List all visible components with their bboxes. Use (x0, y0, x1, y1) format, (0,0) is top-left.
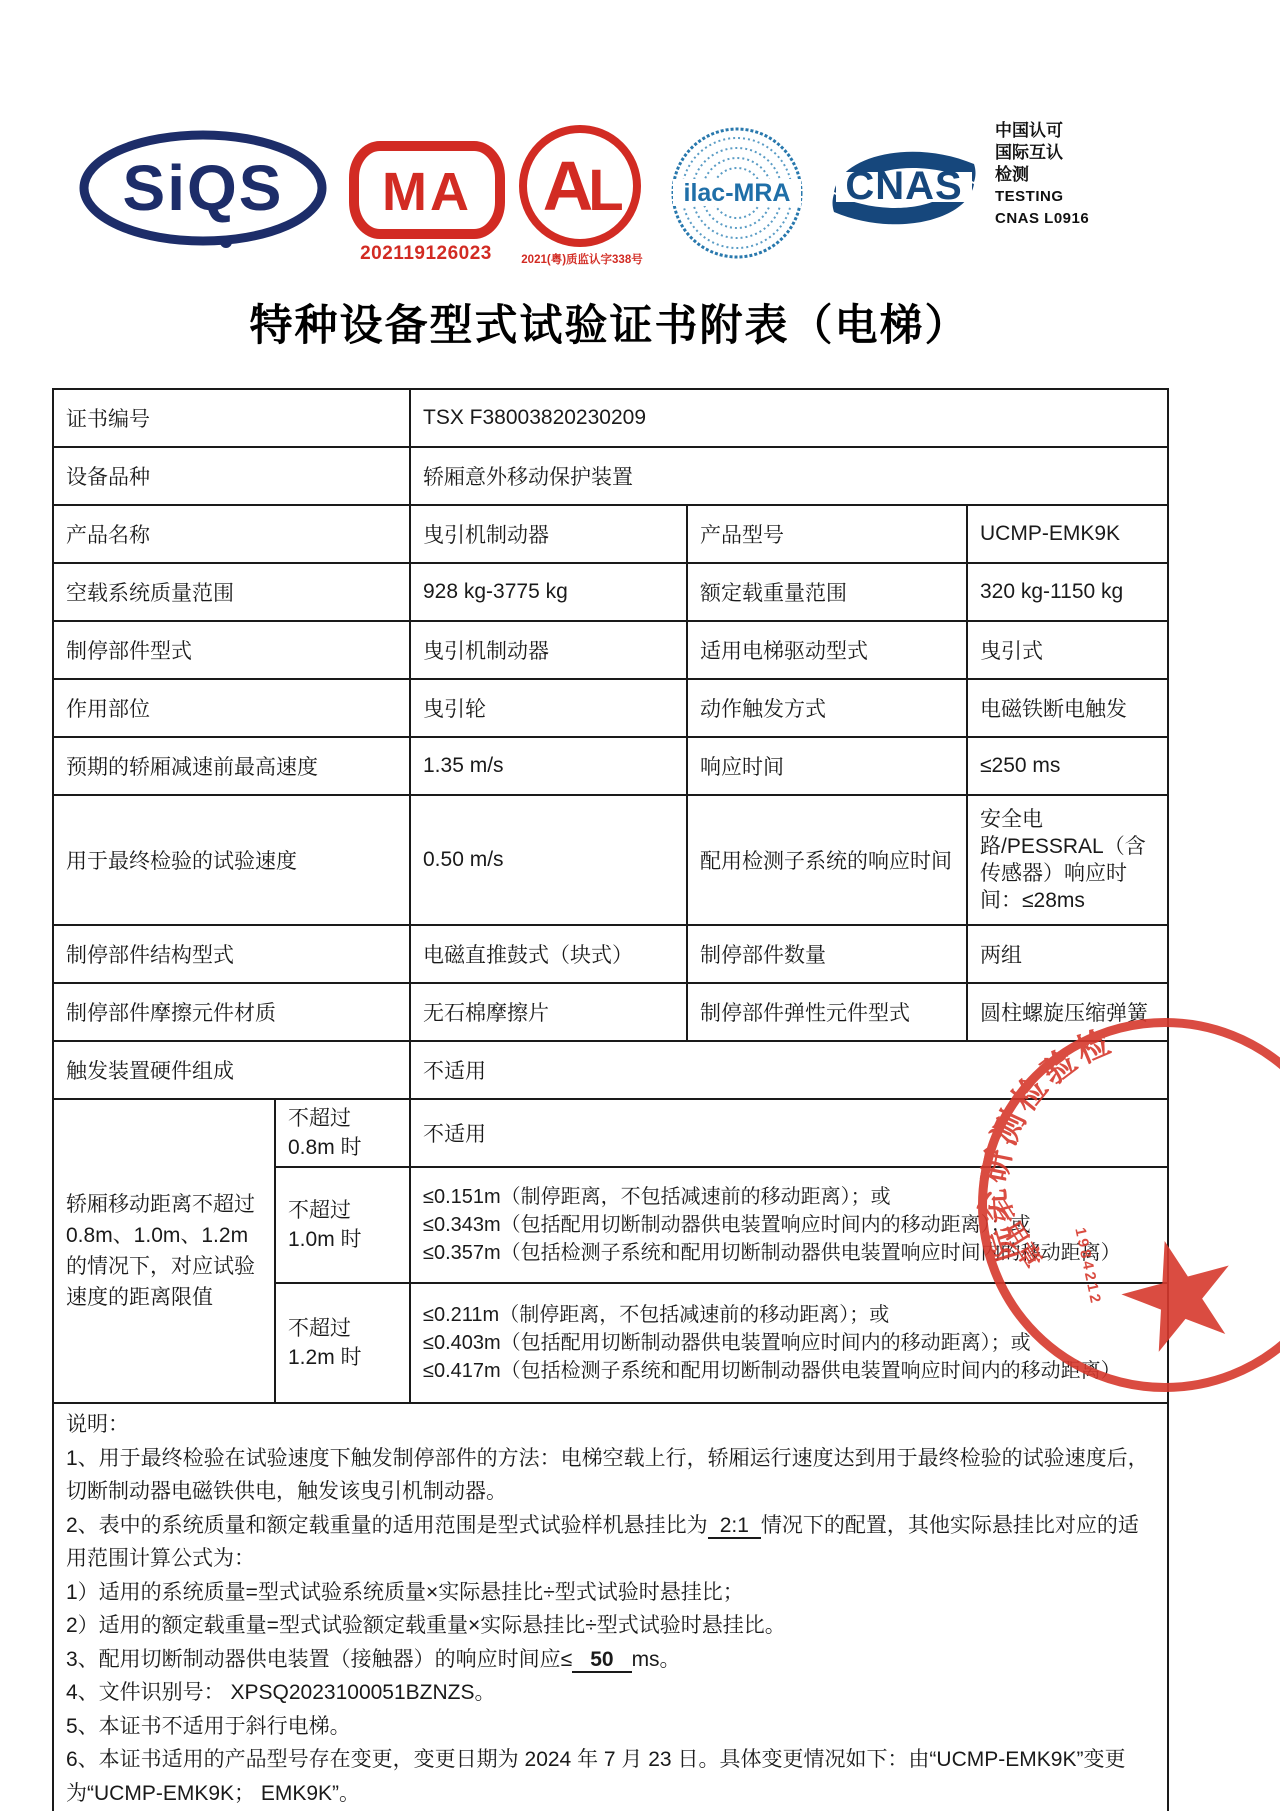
notes-heading: 说明： (66, 1408, 1155, 1442)
note-6: 6、本证书适用的产品型号存在变更，变更日期为 2024 年 7 月 23 日。具… (66, 1743, 1155, 1810)
trigger-mode-label: 动作触发方式 (687, 679, 967, 737)
note-4: 4、文件识别号： XPSQ2023100051BZNZS。 (66, 1676, 1155, 1710)
condition-line: 不超过 (288, 1314, 397, 1343)
elastic-element-value: 圆柱螺旋压缩弹簧 (967, 983, 1168, 1041)
accreditation-line: 中国认可 (995, 120, 1135, 142)
limit-line: ≤0.343m（包括配用切断制动器供电装置响应时间内的移动距离）；或 (423, 1211, 1155, 1239)
row-max-speed: 预期的轿厢减速前最高速度 1.35 m/s 响应时间 ≤250 ms (53, 737, 1168, 795)
row-test-speed: 用于最终检验的试验速度 0.50 m/s 配用检测子系统的响应时间 安全电路/P… (53, 795, 1168, 925)
limit-line: ≤0.357m（包括检测子系统和配用切断制动器供电装置响应时间内的移动距离） (423, 1239, 1155, 1267)
limit-line: ≤0.417m（包括检测子系统和配用切断制动器供电装置响应时间内的移动距离） (423, 1357, 1155, 1385)
certificate-page: SiQS MA 202119126023 A L 2021(粤)质监认字338号… (0, 0, 1280, 1811)
trigger-hardware-value: 不适用 (410, 1041, 1168, 1099)
row-acting-position: 作用部位 曳引轮 动作触发方式 电磁铁断电触发 (53, 679, 1168, 737)
elastic-element-label: 制停部件弹性元件型式 (687, 983, 967, 1041)
row-product: 产品名称 曳引机制动器 产品型号 UCMP-EMK9K (53, 505, 1168, 563)
notes-section: 说明： 1、用于最终检验在试验速度下触发制停部件的方法：电梯空载上行，轿厢运行速… (53, 1403, 1168, 1811)
page-title: 特种设备型式试验证书附表（电梯） (52, 292, 1167, 353)
note-2-formula-1: 1）适用的系统质量=型式试验系统质量×实际悬挂比÷型式试验时悬挂比； (66, 1576, 1155, 1610)
al-certificate-number: 2021(粤)质监认字338号 (498, 251, 666, 267)
movement-1-0m-value: ≤0.151m（制停距离，不包括减速前的移动距离）；或 ≤0.343m（包括配用… (410, 1167, 1168, 1283)
device-kind-label: 设备品种 (53, 447, 410, 505)
accreditation-line: 检测 (995, 164, 1135, 186)
note-3: 3、配用切断制动器供电装置（接触器）的响应时间应≤50ms。 (66, 1643, 1155, 1677)
max-speed-value: 1.35 m/s (410, 737, 687, 795)
device-kind-value: 轿厢意外移动保护装置 (410, 447, 1168, 505)
drive-type-label: 适用电梯驱动型式 (687, 621, 967, 679)
subsystem-response-label: 配用检测子系统的响应时间 (687, 795, 967, 925)
al-logo: A L (516, 122, 644, 250)
row-certificate-number: 证书编号 TSX F38003820230209 (53, 389, 1168, 447)
cma-text: MA (382, 162, 472, 222)
condition-line: 不超过 (288, 1104, 397, 1133)
row-mass-range: 空载系统质量范围 928 kg-3775 kg 额定载重量范围 320 kg-1… (53, 563, 1168, 621)
certificate-table: 证书编号 TSX F38003820230209 设备品种 轿厢意外移动保护装置… (52, 388, 1169, 1811)
test-speed-label: 用于最终检验的试验速度 (53, 795, 410, 925)
note-3-text: 3、配用切断制动器供电装置（接触器）的响应时间应≤ (66, 1648, 572, 1671)
trigger-mode-value: 电磁铁断电触发 (967, 679, 1168, 737)
part-count-value: 两组 (967, 925, 1168, 983)
row-device-kind: 设备品种 轿厢意外移动保护装置 (53, 447, 1168, 505)
note-3-text: ms。 (632, 1648, 681, 1671)
row-notes: 说明： 1、用于最终检验在试验速度下触发制停部件的方法：电梯空载上行，轿厢运行速… (53, 1403, 1168, 1811)
ilac-mra-logo: ilac-MRA (670, 126, 804, 260)
subsystem-response-value: 安全电路/PESSRAL（含传感器）响应时间：≤28ms (967, 795, 1168, 925)
ilac-mra-text: ilac-MRA (684, 179, 791, 207)
row-structure-type: 制停部件结构型式 电磁直推鼓式（块式） 制停部件数量 两组 (53, 925, 1168, 983)
cnas-text: CNAS (845, 164, 962, 208)
product-model-label: 产品型号 (687, 505, 967, 563)
movement-1-2m-condition: 不超过 1.2m 时 (275, 1283, 410, 1403)
note-2: 2、表中的系统质量和额定载重量的适用范围是型式试验样机悬挂比为2:1情况下的配置… (66, 1509, 1155, 1576)
movement-distance-label: 轿厢移动距离不超过 0.8m、1.0m、1.2m 的情况下，对应试验速度的距离限… (53, 1099, 275, 1403)
condition-line: 1.0m 时 (288, 1225, 397, 1254)
rated-load-value: 320 kg-1150 kg (967, 563, 1168, 621)
max-speed-label: 预期的轿厢减速前最高速度 (53, 737, 410, 795)
movement-1-0m-condition: 不超过 1.0m 时 (275, 1167, 410, 1283)
siqs-logo: SiQS (76, 130, 330, 250)
response-time-value: ≤250 ms (967, 737, 1168, 795)
limit-line: ≤0.403m（包括配用切断制动器供电装置响应时间内的移动距离）；或 (423, 1329, 1155, 1357)
limit-line: ≤0.151m（制停距离，不包括减速前的移动距离）；或 (423, 1183, 1155, 1211)
al-text-l: L (588, 158, 623, 223)
accreditation-line: 国际互认 (995, 142, 1135, 164)
row-friction-material: 制停部件摩擦元件材质 无石棉摩擦片 制停部件弹性元件型式 圆柱螺旋压缩弹簧 (53, 983, 1168, 1041)
drive-type-value: 曳引式 (967, 621, 1168, 679)
condition-line: 0.8m 时 (288, 1133, 397, 1162)
note-1: 1、用于最终检验在试验速度下触发制停部件的方法：电梯空载上行，轿厢运行速度达到用… (66, 1442, 1155, 1509)
note-5: 5、本证书不适用于斜行电梯。 (66, 1710, 1155, 1744)
suspension-ratio-value: 2:1 (708, 1514, 761, 1539)
acting-position-value: 曳引轮 (410, 679, 687, 737)
acting-position-label: 作用部位 (53, 679, 410, 737)
friction-material-value: 无石棉摩擦片 (410, 983, 687, 1041)
response-time-label: 响应时间 (687, 737, 967, 795)
cnas-logo: CNAS (828, 136, 980, 240)
product-name-value: 曳引机制动器 (410, 505, 687, 563)
row-stopping-part-type: 制停部件型式 曳引机制动器 适用电梯驱动型式 曳引式 (53, 621, 1168, 679)
condition-line: 不超过 (288, 1196, 397, 1225)
accreditation-text: 中国认可 国际互认 检测 TESTING CNAS L0916 (995, 120, 1135, 230)
movement-0-8m-condition: 不超过 0.8m 时 (275, 1099, 410, 1167)
stopping-part-type-value: 曳引机制动器 (410, 621, 687, 679)
row-trigger-hardware: 触发装置硬件组成 不适用 (53, 1041, 1168, 1099)
siqs-text: SiQS (123, 152, 284, 224)
test-speed-value: 0.50 m/s (410, 795, 687, 925)
movement-1-2m-value: ≤0.211m（制停距离，不包括减速前的移动距离）；或 ≤0.403m（包括配用… (410, 1283, 1168, 1403)
al-text-a: A (543, 147, 594, 225)
accreditation-line: CNAS L0916 (995, 208, 1135, 230)
product-model-value: UCMP-EMK9K (967, 505, 1168, 563)
structure-type-label: 制停部件结构型式 (53, 925, 410, 983)
certificate-number-value: TSX F38003820230209 (410, 389, 1168, 447)
trigger-hardware-label: 触发装置硬件组成 (53, 1041, 410, 1099)
condition-line: 1.2m 时 (288, 1343, 397, 1372)
accreditation-line: TESTING (995, 186, 1135, 208)
cma-logo: MA (348, 140, 506, 240)
row-movement-0-8m: 轿厢移动距离不超过 0.8m、1.0m、1.2m 的情况下，对应试验速度的距离限… (53, 1099, 1168, 1167)
note-2-text: 2、表中的系统质量和额定载重量的适用范围是型式试验样机悬挂比为 (66, 1514, 708, 1537)
friction-material-label: 制停部件摩擦元件材质 (53, 983, 410, 1041)
product-name-label: 产品名称 (53, 505, 410, 563)
limit-line: ≤0.211m（制停距离，不包括减速前的移动距离）；或 (423, 1301, 1155, 1329)
contactor-response-value: 50 (572, 1648, 631, 1673)
structure-type-value: 电磁直推鼓式（块式） (410, 925, 687, 983)
system-mass-value: 928 kg-3775 kg (410, 563, 687, 621)
stopping-part-type-label: 制停部件型式 (53, 621, 410, 679)
movement-0-8m-value: 不适用 (410, 1099, 1168, 1167)
note-2-formula-2: 2）适用的额定载重量=型式试验额定载重量×实际悬挂比÷型式试验时悬挂比。 (66, 1609, 1155, 1643)
certificate-number-label: 证书编号 (53, 389, 410, 447)
system-mass-label: 空载系统质量范围 (53, 563, 410, 621)
rated-load-label: 额定载重量范围 (687, 563, 967, 621)
part-count-label: 制停部件数量 (687, 925, 967, 983)
cma-certificate-number: 202119126023 (340, 243, 512, 265)
